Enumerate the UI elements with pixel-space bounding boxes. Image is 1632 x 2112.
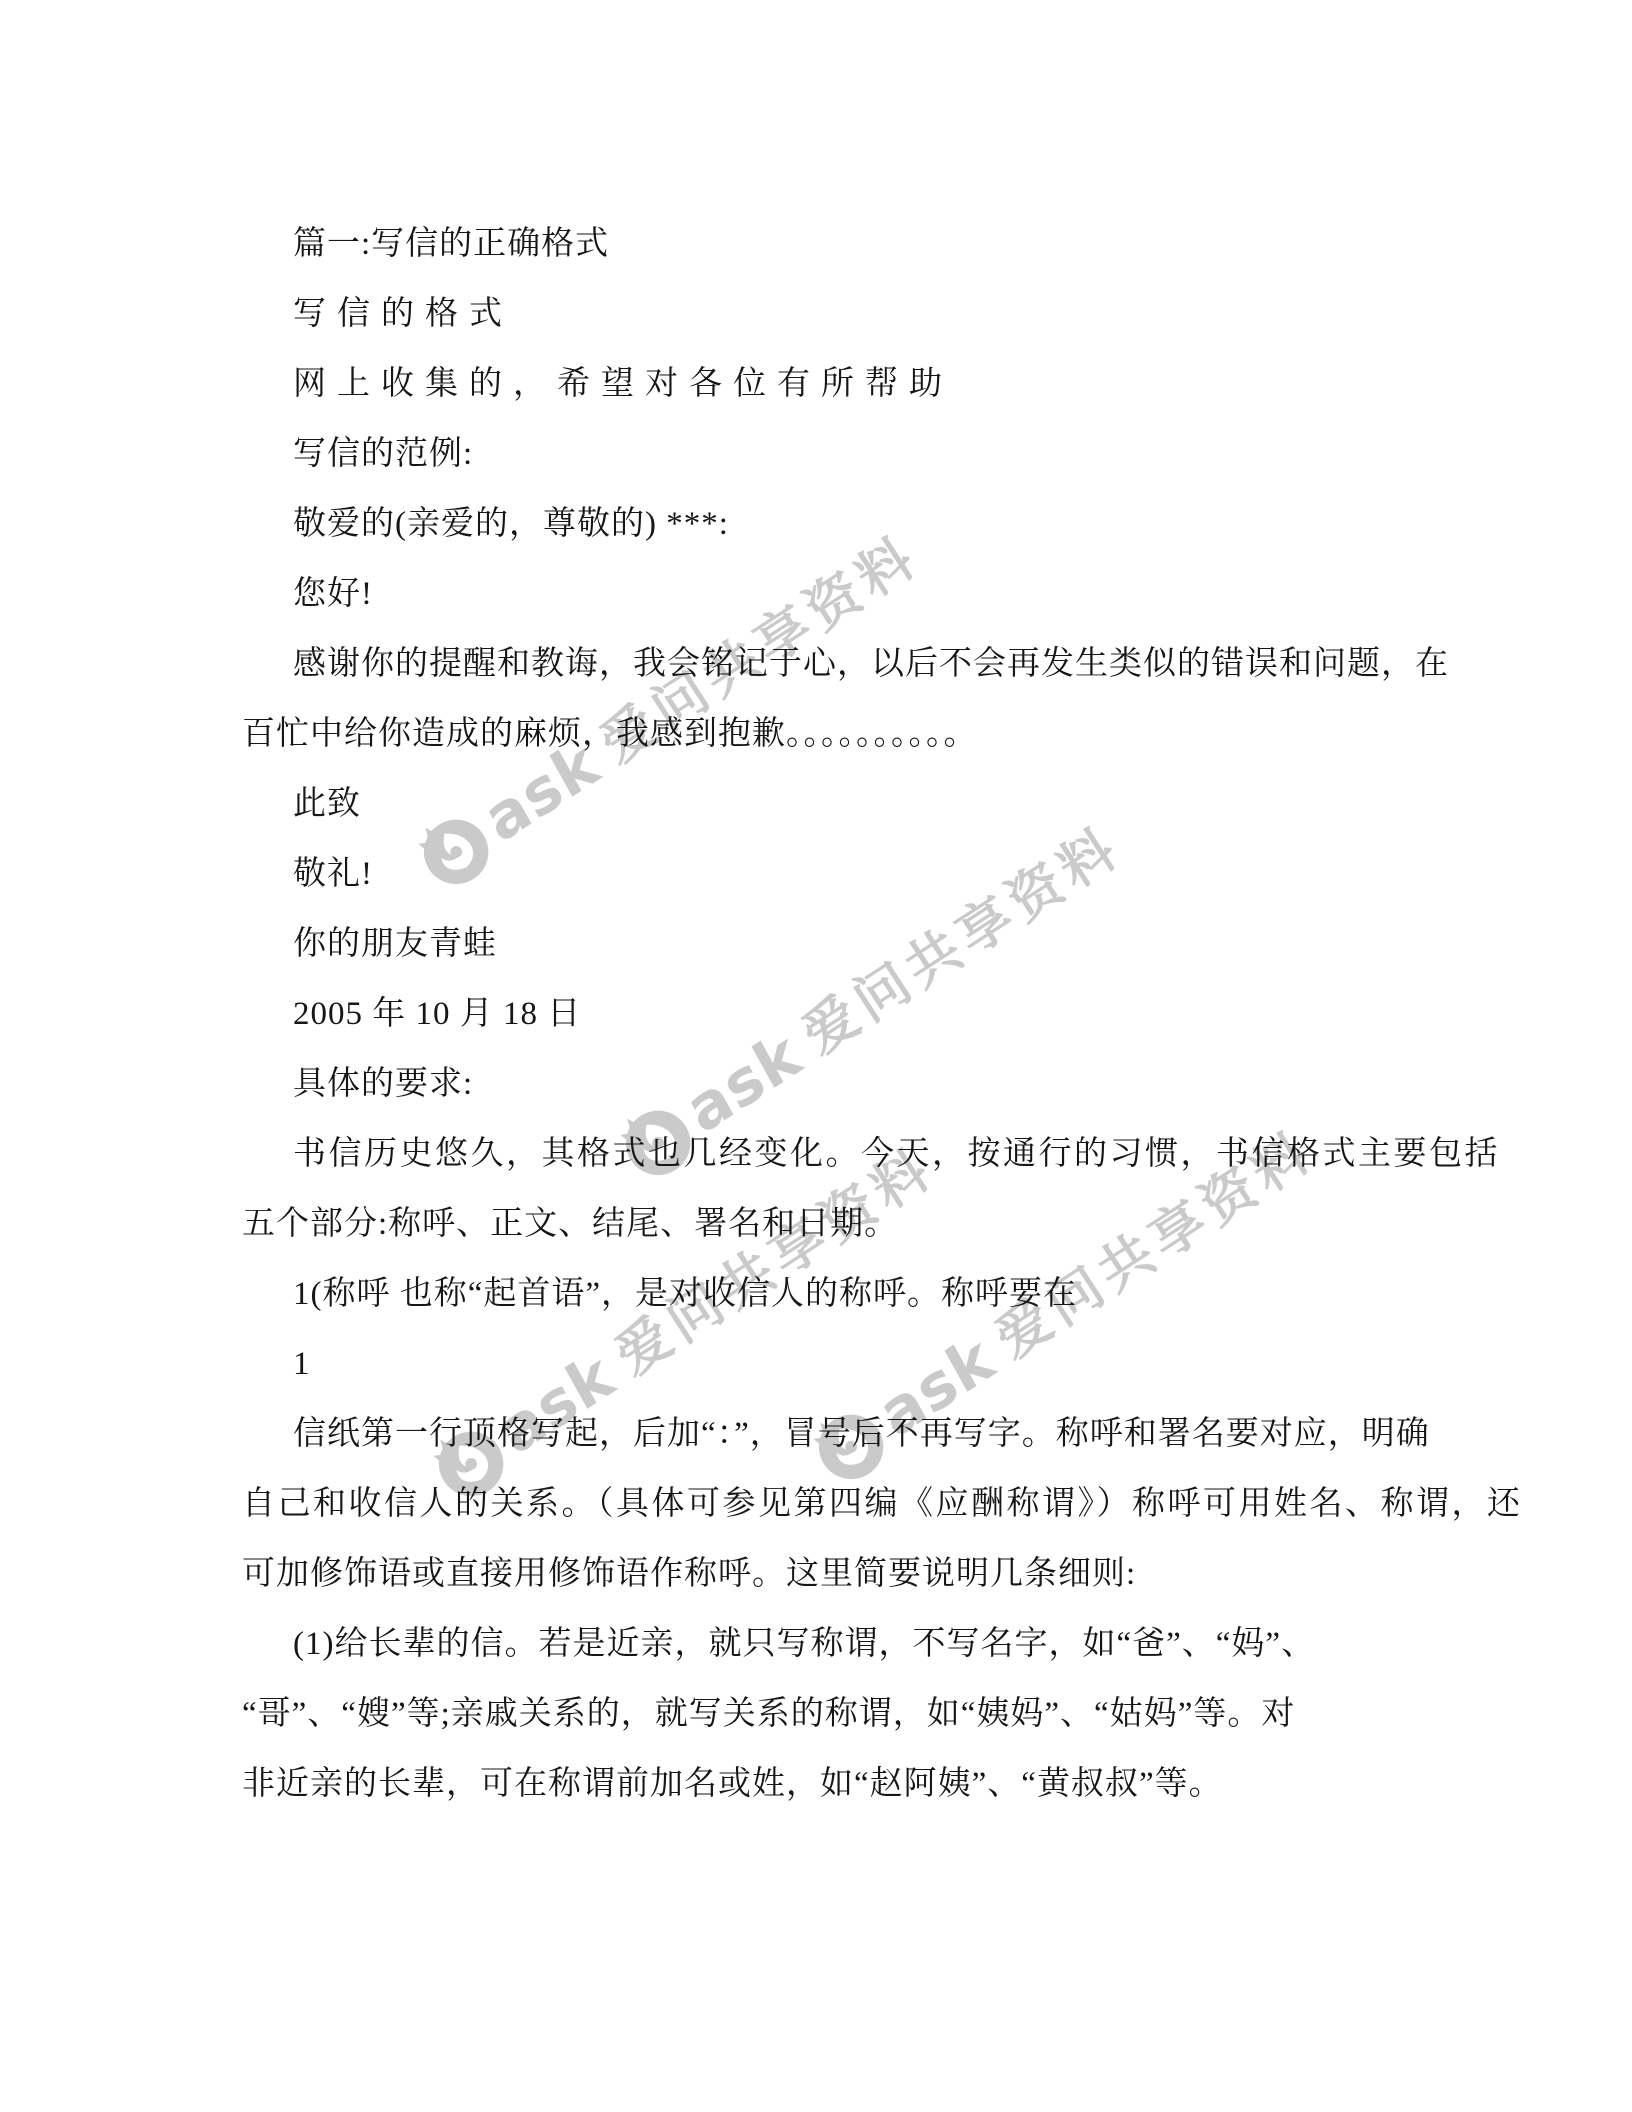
text-line: 1 <box>293 1346 311 1382</box>
text-line: (1)给长辈的信。若是近亲，就只写称谓，不写名字，如“爸”、“妈”、 <box>293 1626 1315 1662</box>
text-line: 您好! <box>293 576 373 612</box>
text-line: 可加修饰语或直接用修饰语作称呼。这里简要说明几条细则: <box>242 1556 1136 1592</box>
scanned-document: { "page": { "background": "#ffffff", "in… <box>0 0 1632 2112</box>
watermark-cjk-label: 爱问共享资料 <box>794 818 1130 1063</box>
watermark-ask-label: ask <box>677 1022 810 1143</box>
text-line: 网上收集的，希望对各位有所帮助 <box>293 366 953 402</box>
text-line: 写信的格式 <box>293 296 513 332</box>
text-line: 篇一:写信的正确格式 <box>293 226 609 262</box>
watermark-iask: ask 爱问共享资料 <box>411 1128 951 1519</box>
watermark-iask: ask 爱问共享资料 <box>396 516 936 907</box>
text-line: 1(称呼 也称“起首语”，是对收信人的称呼。称呼要在 <box>293 1276 1077 1312</box>
text-line: 敬礼! <box>293 856 373 892</box>
text-line: 感谢你的提醒和教诲，我会铭记于心，以后不会再发生类似的错误和问题，在 <box>293 646 1449 682</box>
text-line: 此致 <box>293 786 361 822</box>
text-line: 自己和收信人的关系。（具体可参见第四编《应酬称谓》）称呼可用姓名、称谓，还 <box>242 1486 1523 1522</box>
text-line: 你的朋友青蛙 <box>293 926 497 962</box>
text-line: 敬爱的(亲爱的，尊敬的) ***: <box>293 506 729 542</box>
text-line: 书信历史悠久，其格式也几经变化。今天，按通行的习惯，书信格式主要包括 <box>293 1136 1500 1172</box>
text-line: 非近亲的长辈，可在称谓前加名或姓，如“赵阿姨”、“黄叔叔”等。 <box>242 1766 1223 1802</box>
text-line: 写信的范例: <box>293 436 473 472</box>
iask-flame-logo-icon <box>396 793 509 906</box>
text-line: 信纸第一行顶格写起，后加“：”，冒号后不再写字。称呼和署名要对应，明确 <box>293 1416 1430 1452</box>
text-line: 2005 年 10 月 18 日 <box>293 996 581 1032</box>
text-line: 具体的要求: <box>293 1066 473 1102</box>
text-line: “哥”、“嫂”等;亲戚关系的，就写关系的称谓，如“姨妈”、“姑妈”等。对 <box>242 1696 1295 1732</box>
text-line: 五个部分:称呼、正文、结尾、署名和日期。 <box>242 1206 898 1242</box>
document-page: ask 爱问共享资料 ask 爱问共享资料 ask 爱问共享资料 <box>0 0 1632 2112</box>
watermark-cjk-label: 爱问共享资料 <box>607 1139 943 1384</box>
text-line: 百忙中给你造成的麻烦，我感到抱歉。。。。。。。。。。 <box>242 716 978 752</box>
